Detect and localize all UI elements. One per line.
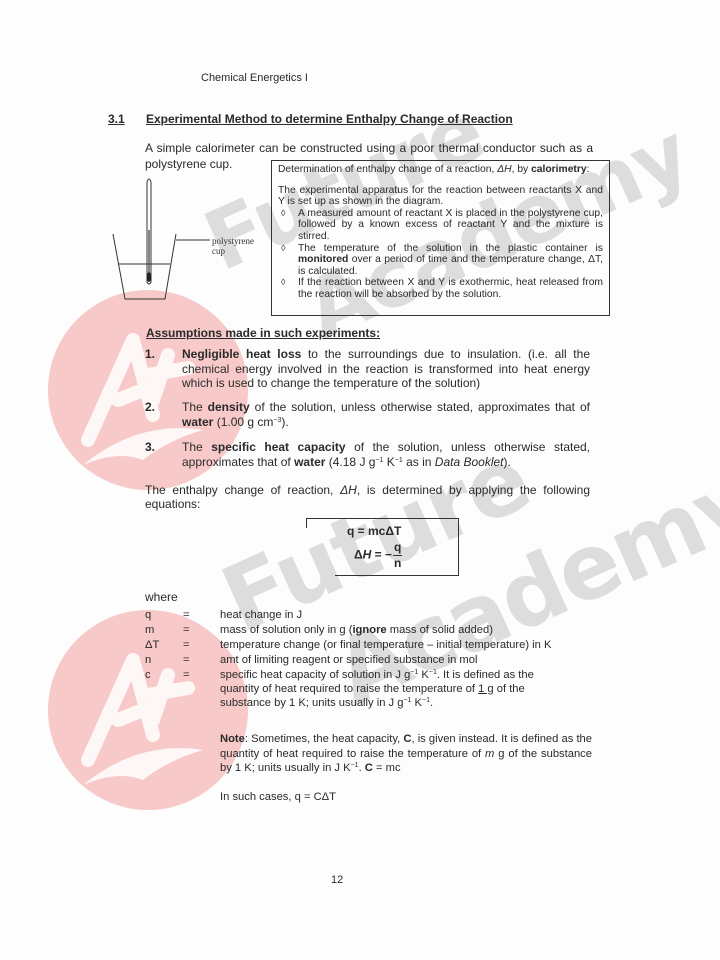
item-number: 2. bbox=[145, 400, 155, 415]
definition-row: q= heat change in J bbox=[145, 607, 595, 622]
diamond-bullet-icon: ◊ bbox=[281, 208, 285, 220]
equation-delta-h: ΔH = −qn bbox=[354, 540, 402, 571]
where-label: where bbox=[145, 590, 178, 604]
page-header: Chemical Energetics I bbox=[201, 72, 308, 84]
page-number: 12 bbox=[331, 874, 343, 886]
assumptions-title: Assumptions made in such experiments: bbox=[146, 326, 380, 340]
definition-row: n= amt of limiting reagent or specified … bbox=[145, 652, 595, 667]
assumption-item: 2. The density of the solution, unless o… bbox=[145, 400, 590, 429]
label-line-2: cup bbox=[212, 246, 254, 256]
infobox-bullet: ◊A measured amount of reactant X is plac… bbox=[278, 208, 603, 243]
equations-intro: The enthalpy change of reaction, ΔH, is … bbox=[145, 484, 590, 511]
infobox-bullets: ◊A measured amount of reactant X is plac… bbox=[278, 208, 603, 301]
label-line-1: polystyrene bbox=[212, 236, 254, 246]
calorimetry-info-box: Determination of enthalpy change of a re… bbox=[271, 160, 610, 316]
heat-capacity-equation: In such cases, q = CΔT bbox=[220, 791, 336, 803]
definition-row: m= mass of solution only in g (ignore ma… bbox=[145, 622, 595, 637]
assumption-item: 3. The specific heat capacity of the sol… bbox=[145, 440, 590, 469]
definitions-list: q= heat change in J m= mass of solution … bbox=[145, 607, 595, 710]
section-number: 3.1 bbox=[108, 112, 146, 126]
infobox-bullet: ◊The temperature of the solution in the … bbox=[278, 243, 603, 278]
infobox-intro: The experimental apparatus for the react… bbox=[278, 185, 603, 208]
definition-row: c= specific heat capacity of solution in… bbox=[145, 667, 595, 710]
definition-row: ΔT= temperature change (or final tempera… bbox=[145, 637, 595, 652]
item-number: 1. bbox=[145, 347, 155, 362]
equation-box: q = mcΔT ΔH = −qn bbox=[306, 518, 459, 576]
note-paragraph: Note: Sometimes, the heat capacity, C, i… bbox=[220, 732, 592, 776]
infobox-bullet: ◊If the reaction between X and Y is exot… bbox=[278, 277, 603, 300]
diagram-label-polystyrene-cup: polystyrene cup bbox=[212, 236, 254, 256]
equation-q: q = mcΔT bbox=[347, 524, 401, 538]
diamond-bullet-icon: ◊ bbox=[281, 277, 285, 289]
section-heading: Experimental Method to determine Enthalp… bbox=[146, 112, 513, 126]
calorimeter-diagram bbox=[108, 172, 213, 302]
infobox-heading: Determination of enthalpy change of a re… bbox=[278, 164, 603, 176]
document-page: Chemical Energetics I 3.1Experimental Me… bbox=[0, 0, 720, 960]
diamond-bullet-icon: ◊ bbox=[281, 243, 285, 255]
assumption-item: 1. Negligible heat loss to the surroundi… bbox=[145, 347, 590, 391]
section-title: 3.1Experimental Method to determine Enth… bbox=[108, 112, 513, 126]
item-number: 3. bbox=[145, 440, 155, 455]
